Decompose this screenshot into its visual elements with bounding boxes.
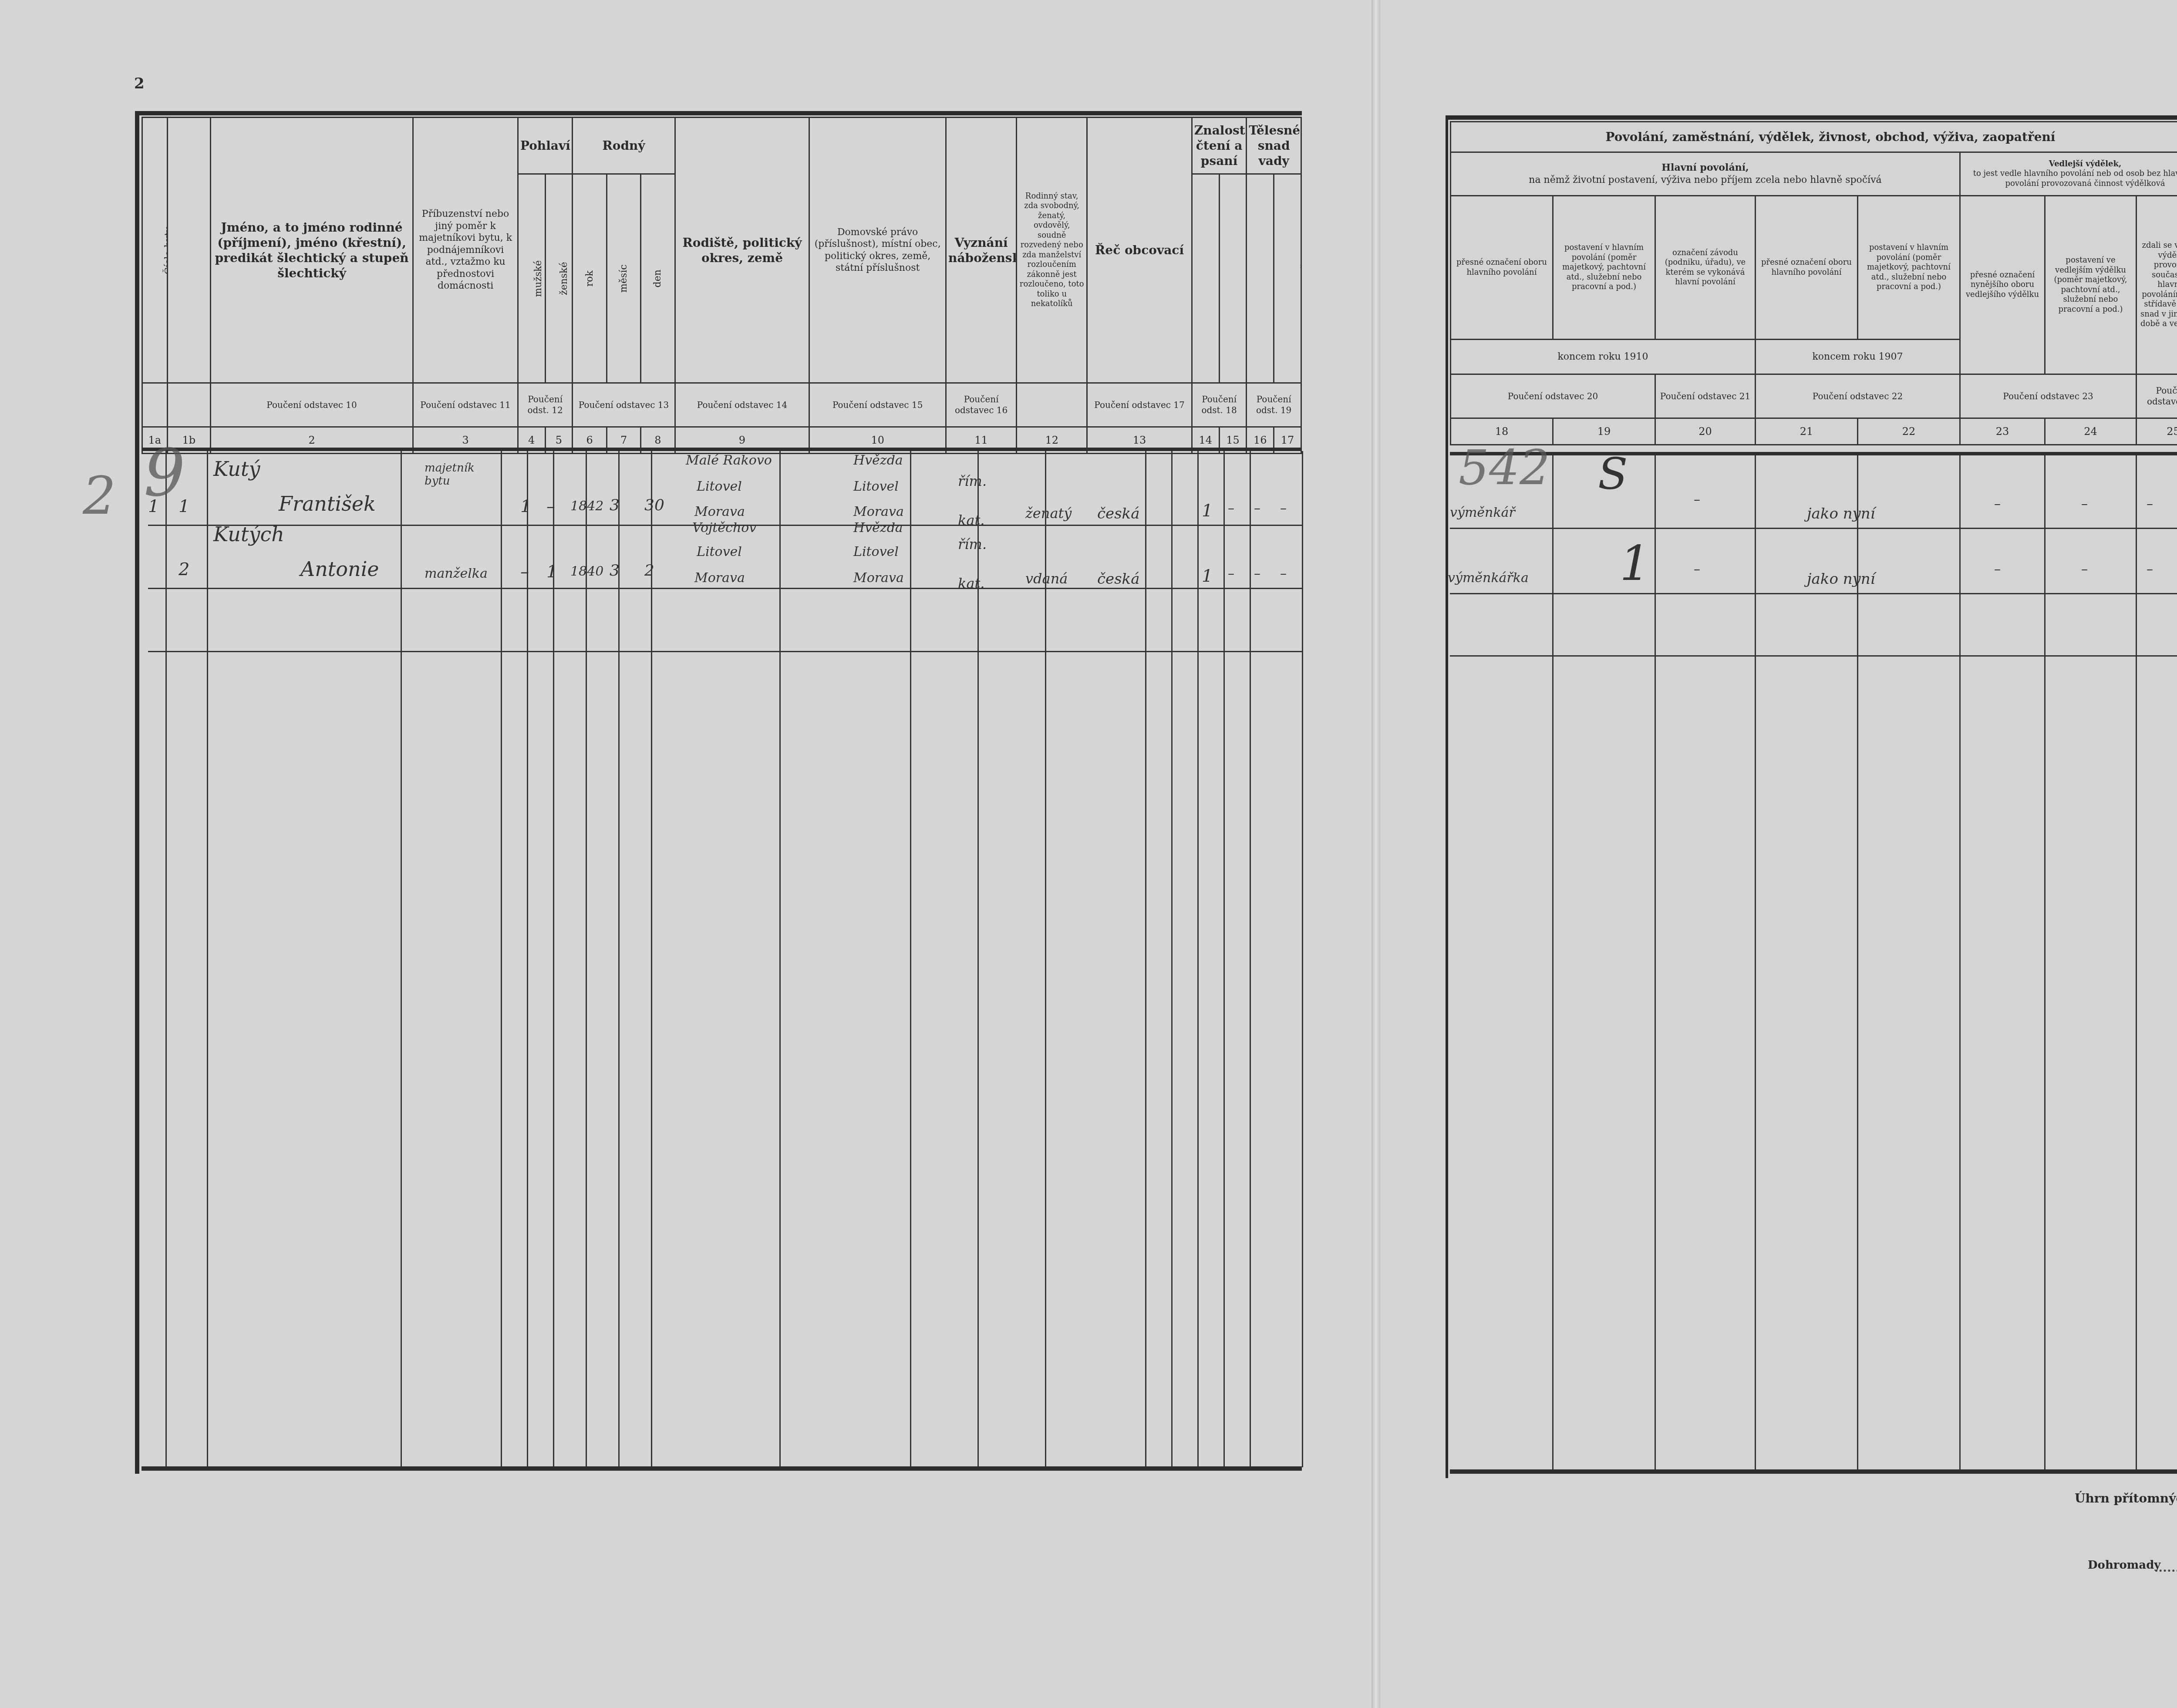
poucen-21: Poučení odstavec 21 (1655, 374, 1756, 418)
header-rodiste: Rodiště, politický okres, země (675, 118, 809, 383)
entry-2-c23: – (1994, 562, 2001, 577)
poucen-16: Poučení odstavec 16 (946, 383, 1017, 427)
header-c19: postavení v hlavním povolání (poměr maje… (1553, 196, 1655, 340)
poucen-19: Poučení odst. 19 (1247, 383, 1301, 427)
entry-1-c1a: 1 (148, 496, 159, 516)
header-vedlejsi-vydelek: Vedlejší výdělek,to jest vedle hlavního … (1960, 152, 2177, 196)
entry-2-birth-month: 3 (610, 562, 620, 579)
poucen-17: Poučení odstavec 17 (1087, 383, 1192, 427)
entry-2-marital: vdaná (1025, 570, 1068, 587)
left-bottom-rule (142, 1466, 1302, 1471)
entry-2-c25: – (2147, 562, 2153, 577)
entry-1-male: 1 (520, 496, 531, 516)
pencil-margin-number: 2 (83, 466, 116, 526)
header-znalost-cteni: Znalost čtení a psaní (1192, 118, 1247, 174)
entry-1-c16: – (1254, 501, 1260, 516)
right-header-table: Povolání, zaměstnání, výdělek, živnost, … (1450, 121, 2177, 445)
poucen-11: Poučení odstavec 11 (413, 383, 518, 427)
right-column-numbers: 1819202122 232425 2627 2829303132 3334 (1451, 418, 2177, 445)
header-period-1907: koncem roku 1907 (1756, 340, 1960, 374)
dohromady-label: Dohromady (2088, 1559, 2160, 1572)
entry-1-c17: – (1280, 501, 1287, 516)
header-c24: postavení ve vedlejším výdělku (poměr ma… (2045, 196, 2137, 374)
entry-2-birthplace-3: Morava (694, 570, 745, 586)
left-page-number: 2 (134, 75, 145, 92)
entry-1-birthplace-1: Malé Rakovo (686, 453, 772, 468)
header-rok: rok (573, 174, 607, 383)
entry-1-birthplace-3: Morava (694, 504, 745, 519)
entry-2-c18: výměnkářka (1448, 570, 1529, 586)
entry-2-c14: 1 (1202, 566, 1213, 586)
header-postupne-cislo: Postupné číslo osob ku každé domácnosti … (167, 118, 210, 383)
poucen-14: Poučení odstavec 14 (675, 383, 809, 427)
entry-2-c1b: 2 (179, 559, 189, 579)
header-telesne-vady: Tělesné snad vady (1247, 118, 1301, 174)
entry-1-c14: 1 (1202, 501, 1213, 521)
entry-1-c18: výměnkář (1450, 505, 1515, 520)
header-pribuzenstvi: Příbuzenství nebo jiný poměr k majetníko… (413, 118, 518, 383)
entry-1-c19: S (1598, 448, 1628, 499)
entry-2-c19: 1 (1620, 536, 1650, 591)
entry-2-c24: – (2081, 562, 2088, 577)
entry-1-c23: – (1994, 496, 2001, 512)
entry-2-birth-year: 1840 (570, 564, 603, 579)
header-zenske: ženské (545, 174, 573, 383)
header-cislo-bytu: Číslo bytu (142, 118, 168, 383)
entry-1-female: – (546, 496, 555, 516)
header-muzske: mužské (518, 174, 545, 383)
header-jmeno: Jméno, a to jméno rodinné (příjmení), jm… (210, 118, 413, 383)
entry-1-language: česká (1097, 505, 1139, 522)
header-c21: přesné označení oboru hlavního povolání (1756, 196, 1858, 340)
entry-2-c21-22: jako nyní (1807, 570, 1875, 588)
header-hluchonemy: hluchoněmý (1274, 174, 1301, 383)
entry-1-c15: – (1228, 501, 1234, 516)
header-rec-obcovaci: Řeč obcovací (1087, 118, 1192, 383)
entry-1-c1b: 1 (179, 496, 189, 516)
header-pohlavi: Pohlaví (518, 118, 573, 174)
header-povolani-group: Povolání, zaměstnání, výdělek, živnost, … (1451, 122, 2177, 152)
header-slepy: na obě oči slepý (1247, 174, 1274, 383)
header-mesic: měsíc (607, 174, 640, 383)
header-c18: přesné označení oboru hlavního povolání (1451, 196, 1553, 340)
header-umi-cist-psat: umí čísti a psáti (1192, 174, 1219, 383)
poucen-18: Poučení odst. 18 (1192, 383, 1247, 427)
entry-1-domicile-2: Litovel (853, 479, 899, 494)
header-domovske-pravo: Domovské právo (příslušnost), místní obe… (809, 118, 946, 383)
pencil-occupation-code: 542 (1459, 440, 1550, 495)
poucen-12: Poučení odst. 12 (518, 383, 573, 427)
entry-1-c20: – (1694, 492, 1700, 507)
entry-1-marital: ženatý (1025, 505, 1072, 522)
header-umi-jen-cist: umí jen čísti (1219, 174, 1247, 383)
entry-1-domicile-3: Morava (853, 504, 904, 519)
entry-1-c24: – (2081, 496, 2088, 512)
entry-1-birthplace-2: Litovel (697, 479, 742, 494)
entry-2-birth-day: 2 (644, 562, 654, 579)
entry-2-birthplace-2: Litovel (697, 544, 742, 559)
poucen-23: Poučení odstavec 23 (1960, 374, 2137, 418)
entry-1-birth-year: 1842 (570, 499, 603, 514)
poucen-22: Poučení odstavec 22 (1756, 374, 1960, 418)
poucen-10: Poučení odstavec 10 (210, 383, 413, 427)
header-c20: označení závodu (podniku, úřadu), ve kte… (1655, 196, 1756, 340)
entry-2-domicile-1: Hvězda (853, 520, 903, 536)
entry-1-surname: Kutý (213, 457, 260, 481)
entry-2-c20: – (1694, 562, 1700, 577)
entry-1-domicile-1: Hvězda (853, 453, 903, 468)
right-bottom-rule (1450, 1469, 2177, 1474)
entry-1-relation: majetník bytu (425, 462, 503, 488)
entry-2-surname: Kutých (213, 522, 284, 546)
left-header-table: Číslo bytu Postupné číslo osob ku každé … (142, 117, 1302, 454)
poucen-20: Poučení odstavec 20 (1451, 374, 1655, 418)
poucen-15: Poučení odstavec 15 (809, 383, 946, 427)
poucen-24: Poučení odstavec 24 (2137, 374, 2177, 418)
entry-1-birth-month: 3 (610, 496, 620, 514)
header-period-1910: koncem roku 1910 (1451, 340, 1756, 374)
entry-2-female: 1 (546, 562, 557, 582)
entry-2-language: česká (1097, 570, 1139, 588)
left-header-rule (142, 448, 1302, 451)
entry-2-birthplace-1: Vojtěchov (692, 520, 756, 536)
entry-1-given: František (279, 492, 376, 515)
header-c23: přesné označení nynějšího oboru vedlejší… (1960, 196, 2045, 374)
header-c25: zdali se vedlejší výdělek provozuje souč… (2137, 196, 2177, 374)
entry-2-given: Antonie (300, 557, 379, 581)
entry-2-relation: manželka (425, 566, 488, 581)
entry-2-c15: – (1228, 566, 1234, 581)
entry-2-religion: řím. kat. (958, 525, 1001, 603)
entry-2-c16: – (1254, 566, 1260, 581)
header-rodny: Rodný (573, 118, 675, 174)
entry-1-birth-day: 30 (644, 496, 664, 514)
header-den: den (641, 174, 675, 383)
entry-2-domicile-3: Morava (853, 570, 904, 586)
book-spine (1372, 0, 1380, 1708)
right-header-rule (1450, 452, 2177, 455)
entry-1-c21-22: jako nyní (1807, 505, 1875, 522)
header-vyznani: Vyznání náboženské (946, 118, 1017, 383)
uhrn-pritomnych-label: Úhrn přítomných (2075, 1491, 2177, 1506)
entry-1-c25: – (2147, 496, 2153, 512)
poucen-13: Poučení odstavec 13 (573, 383, 675, 427)
header-hlavni-povolani: Hlavní povolání,na němž životní postaven… (1451, 152, 1960, 196)
entry-2-male: – (520, 562, 529, 582)
entry-2-domicile-2: Litovel (853, 544, 899, 559)
header-rodinny-stav: Rodinný stav, zda svobodný, ženatý, ovdo… (1017, 118, 1087, 383)
entry-2-c17: – (1280, 566, 1287, 581)
header-c22: postavení v hlavním povolání (poměr maje… (1858, 196, 1960, 340)
